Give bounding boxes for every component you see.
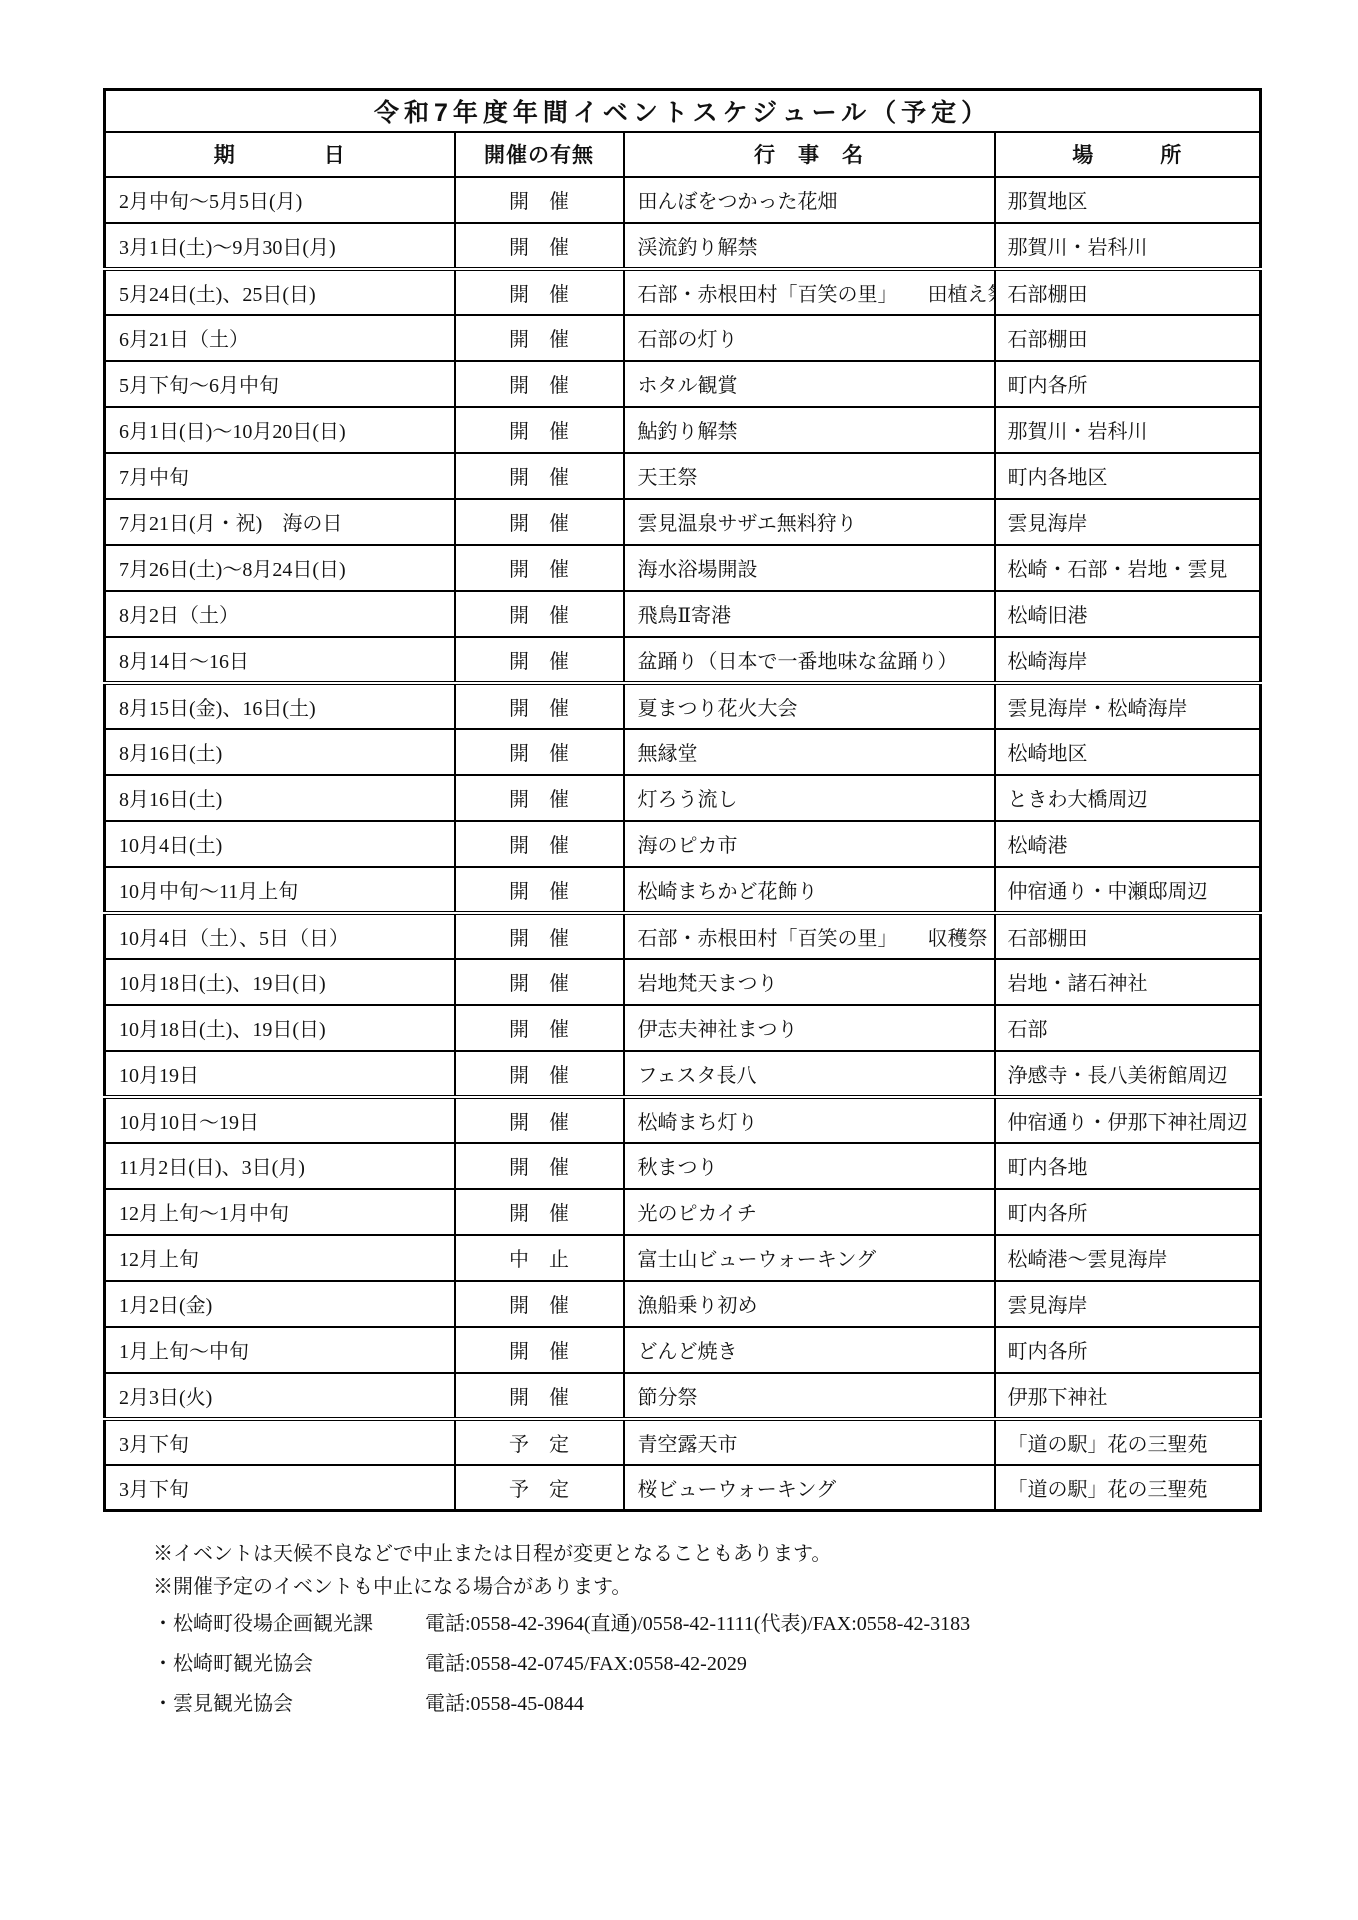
column-header-date: 期 日 [105,132,455,177]
contact-phone: 電話:0558-42-0745/FAX:0558-42-2029 [425,1644,1273,1684]
cell-place: 那賀地区 [995,177,1261,223]
cell-place: 町内各地 [995,1143,1261,1189]
cell-date: 8月2日（土） [105,591,455,637]
cell-event: 伊志夫神社まつり [624,1005,995,1051]
cell-status: 開 催 [455,729,624,775]
cell-status: 開 催 [455,453,624,499]
contact-row: ・松崎町観光協会 電話:0558-42-0745/FAX:0558-42-202… [153,1644,1273,1684]
cell-status: 開 催 [455,1281,624,1327]
cell-event: 夏まつり花火大会 [624,683,995,729]
table-row: 3月下旬予 定桜ビューウォーキング「道の駅」花の三聖苑 [105,1465,1261,1511]
cell-place: 松崎港～雲見海岸 [995,1235,1261,1281]
cell-event: 桜ビューウォーキング [624,1465,995,1511]
table-row: 12月上旬～1月中旬開 催光のピカイチ町内各所 [105,1189,1261,1235]
cell-event: 飛鳥Ⅱ寄港 [624,591,995,637]
table-row: 10月18日(土)、19日(日)開 催岩地梵天まつり岩地・諸石神社 [105,959,1261,1005]
cell-place: 雲見海岸・松崎海岸 [995,683,1261,729]
cell-status: 開 催 [455,1097,624,1143]
cell-status: 開 催 [455,177,624,223]
cell-status: 開 催 [455,1373,624,1419]
cell-status: 予 定 [455,1419,624,1465]
cell-place: 岩地・諸石神社 [995,959,1261,1005]
cell-place: 雲見海岸 [995,1281,1261,1327]
cell-event: 富士山ビューウォーキング [624,1235,995,1281]
cell-status: 開 催 [455,1143,624,1189]
cell-place: 松崎海岸 [995,637,1261,683]
table-row: 2月3日(火)開 催節分祭伊那下神社 [105,1373,1261,1419]
cell-place: 石部棚田 [995,269,1261,315]
cell-event: 盆踊り（日本で一番地味な盆踊り） [624,637,995,683]
cell-date: 3月1日(土)～9月30日(月) [105,223,455,269]
column-header-event: 行 事 名 [624,132,995,177]
table-row: 10月4日（土）、5日（日）開 催石部・赤根田村「百笑の里」 収穫祭石部棚田 [105,913,1261,959]
table-row: 8月16日(土)開 催無縁堂松崎地区 [105,729,1261,775]
cell-event: 渓流釣り解禁 [624,223,995,269]
contact-name: ・松崎町役場企画観光課 [153,1604,425,1644]
table-row: 8月15日(金)、16日(土)開 催夏まつり花火大会雲見海岸・松崎海岸 [105,683,1261,729]
cell-date: 10月中旬～11月上旬 [105,867,455,913]
table-row: 10月18日(土)、19日(日)開 催伊志夫神社まつり石部 [105,1005,1261,1051]
cell-place: 町内各所 [995,1327,1261,1373]
cell-event: 岩地梵天まつり [624,959,995,1005]
cell-place: 町内各所 [995,1189,1261,1235]
cell-status: 予 定 [455,1465,624,1511]
cell-place: 松崎港 [995,821,1261,867]
cell-status: 開 催 [455,683,624,729]
cell-date: 5月下旬～6月中旬 [105,361,455,407]
cell-date: 8月15日(金)、16日(土) [105,683,455,729]
contact-name: ・雲見観光協会 [153,1684,425,1724]
cell-place: 石部 [995,1005,1261,1051]
contact-row: ・松崎町役場企画観光課 電話:0558-42-3964(直通)/0558-42-… [153,1604,1273,1644]
cell-status: 開 催 [455,775,624,821]
document-page: 令和7年度年間イベントスケジュール（予定） 期 日 開催の有無 行 事 名 場 … [0,0,1358,1920]
cell-event: 石部・赤根田村「百笑の里」 収穫祭 [624,913,995,959]
cell-date: 3月下旬 [105,1465,455,1511]
cell-event: フェスタ長八 [624,1051,995,1097]
table-title-row: 令和7年度年間イベントスケジュール（予定） [105,90,1261,132]
cell-event: ホタル観賞 [624,361,995,407]
contact-row: ・雲見観光協会 電話:0558-45-0844 [153,1684,1273,1724]
table-row: 2月中旬～5月5日(月)開 催田んぼをつかった花畑那賀地区 [105,177,1261,223]
cell-date: 7月21日(月・祝) 海の日 [105,499,455,545]
table-row: 7月中旬開 催天王祭町内各地区 [105,453,1261,499]
cell-event: 海のピカ市 [624,821,995,867]
event-table-body: 2月中旬～5月5日(月)開 催田んぼをつかった花畑那賀地区3月1日(土)～9月3… [105,177,1261,1511]
cell-date: 6月1日(日)～10月20日(日) [105,407,455,453]
cell-place: 「道の駅」花の三聖苑 [995,1465,1261,1511]
cell-status: 開 催 [455,407,624,453]
cell-place: 雲見海岸 [995,499,1261,545]
page-title: 令和7年度年間イベントスケジュール（予定） [105,90,1261,132]
cell-event: 海水浴場開設 [624,545,995,591]
contact-phone: 電話:0558-45-0844 [425,1684,1273,1724]
table-row: 12月上旬中 止富士山ビューウォーキング松崎港～雲見海岸 [105,1235,1261,1281]
cell-event: 松崎まち灯り [624,1097,995,1143]
table-row: 8月2日（土）開 催飛鳥Ⅱ寄港松崎旧港 [105,591,1261,637]
cell-place: 浄感寺・長八美術館周辺 [995,1051,1261,1097]
cell-event: 秋まつり [624,1143,995,1189]
cell-event: 田んぼをつかった花畑 [624,177,995,223]
cell-status: 開 催 [455,959,624,1005]
cell-event: どんど焼き [624,1327,995,1373]
cell-event: 石部・赤根田村「百笑の里」 田植え祭 [624,269,995,315]
cell-date: 12月上旬～1月中旬 [105,1189,455,1235]
column-header-place: 場 所 [995,132,1261,177]
cell-date: 8月16日(土) [105,729,455,775]
table-row: 10月10日～19日開 催松崎まち灯り仲宿通り・伊那下神社周辺 [105,1097,1261,1143]
cell-status: 開 催 [455,315,624,361]
note-line: ※イベントは天候不良などで中止または日程が変更となることもあります。 [153,1538,1273,1571]
cell-event: 青空露天市 [624,1419,995,1465]
cell-status: 開 催 [455,499,624,545]
cell-date: 1月上旬～中旬 [105,1327,455,1373]
cell-place: 石部棚田 [995,913,1261,959]
contact-name: ・松崎町観光協会 [153,1644,425,1684]
cell-date: 10月19日 [105,1051,455,1097]
cell-place: 松崎地区 [995,729,1261,775]
table-row: 3月下旬予 定青空露天市「道の駅」花の三聖苑 [105,1419,1261,1465]
table-row: 8月14日～16日開 催盆踊り（日本で一番地味な盆踊り）松崎海岸 [105,637,1261,683]
cell-event: 節分祭 [624,1373,995,1419]
table-row: 8月16日(土)開 催灯ろう流しときわ大橋周辺 [105,775,1261,821]
cell-date: 10月4日（土）、5日（日） [105,913,455,959]
cell-event: 天王祭 [624,453,995,499]
cell-event: 漁船乗り初め [624,1281,995,1327]
cell-date: 10月4日(土) [105,821,455,867]
cell-place: ときわ大橋周辺 [995,775,1261,821]
table-row: 7月26日(土)～8月24日(日)開 催海水浴場開設松崎・石部・岩地・雲見 [105,545,1261,591]
cell-status: 開 催 [455,867,624,913]
cell-place: 石部棚田 [995,315,1261,361]
cell-date: 7月26日(土)～8月24日(日) [105,545,455,591]
table-row: 11月2日(日)、3日(月)開 催秋まつり町内各地 [105,1143,1261,1189]
table-row: 6月21日（土）開 催石部の灯り石部棚田 [105,315,1261,361]
cell-status: 開 催 [455,591,624,637]
cell-place: 那賀川・岩科川 [995,407,1261,453]
table-row: 3月1日(土)～9月30日(月)開 催渓流釣り解禁那賀川・岩科川 [105,223,1261,269]
table-row: 6月1日(日)～10月20日(日)開 催鮎釣り解禁那賀川・岩科川 [105,407,1261,453]
cell-date: 7月中旬 [105,453,455,499]
table-row: 1月2日(金)開 催漁船乗り初め雲見海岸 [105,1281,1261,1327]
cell-event: 松崎まちかど花飾り [624,867,995,913]
cell-place: 町内各所 [995,361,1261,407]
cell-place: 仲宿通り・中瀬邸周辺 [995,867,1261,913]
cell-place: 町内各地区 [995,453,1261,499]
cell-status: 開 催 [455,1005,624,1051]
cell-status: 開 催 [455,545,624,591]
cell-status: 開 催 [455,361,624,407]
cell-date: 6月21日（土） [105,315,455,361]
table-header-row: 期 日 開催の有無 行 事 名 場 所 [105,132,1261,177]
cell-event: 灯ろう流し [624,775,995,821]
cell-place: 「道の駅」花の三聖苑 [995,1419,1261,1465]
cell-place: 松崎・石部・岩地・雲見 [995,545,1261,591]
table-row: 10月中旬～11月上旬開 催松崎まちかど花飾り仲宿通り・中瀬邸周辺 [105,867,1261,913]
cell-place: 松崎旧港 [995,591,1261,637]
cell-event: 光のピカイチ [624,1189,995,1235]
table-row: 7月21日(月・祝) 海の日開 催雲見温泉サザエ無料狩り雲見海岸 [105,499,1261,545]
event-schedule-table: 令和7年度年間イベントスケジュール（予定） 期 日 開催の有無 行 事 名 場 … [103,88,1262,1512]
cell-event: 鮎釣り解禁 [624,407,995,453]
cell-status: 開 催 [455,913,624,959]
cell-date: 10月18日(土)、19日(日) [105,959,455,1005]
contact-phone: 電話:0558-42-3964(直通)/0558-42-1111(代表)/FAX… [425,1604,1273,1644]
cell-status: 開 催 [455,1327,624,1373]
cell-place: 那賀川・岩科川 [995,223,1261,269]
cell-date: 10月18日(土)、19日(日) [105,1005,455,1051]
cell-status: 開 催 [455,637,624,683]
table-row: 10月4日(土)開 催海のピカ市松崎港 [105,821,1261,867]
cell-status: 開 催 [455,269,624,315]
cell-date: 11月2日(日)、3日(月) [105,1143,455,1189]
cell-status: 開 催 [455,1051,624,1097]
cell-date: 3月下旬 [105,1419,455,1465]
cell-event: 無縁堂 [624,729,995,775]
cell-date: 2月3日(火) [105,1373,455,1419]
cell-date: 10月10日～19日 [105,1097,455,1143]
cell-date: 2月中旬～5月5日(月) [105,177,455,223]
cell-date: 1月2日(金) [105,1281,455,1327]
cell-date: 5月24日(土)、25日(日) [105,269,455,315]
column-header-status: 開催の有無 [455,132,624,177]
cell-place: 伊那下神社 [995,1373,1261,1419]
cell-place: 仲宿通り・伊那下神社周辺 [995,1097,1261,1143]
cell-status: 開 催 [455,1189,624,1235]
note-line: ※開催予定のイベントも中止になる場合があります。 [153,1571,1273,1604]
table-row: 1月上旬～中旬開 催どんど焼き町内各所 [105,1327,1261,1373]
cell-event: 雲見温泉サザエ無料狩り [624,499,995,545]
cell-date: 8月14日～16日 [105,637,455,683]
cell-event: 石部の灯り [624,315,995,361]
cell-date: 12月上旬 [105,1235,455,1281]
table-row: 5月下旬～6月中旬開 催ホタル観賞町内各所 [105,361,1261,407]
cell-status: 中 止 [455,1235,624,1281]
cell-status: 開 催 [455,223,624,269]
cell-status: 開 催 [455,821,624,867]
table-row: 10月19日開 催フェスタ長八浄感寺・長八美術館周辺 [105,1051,1261,1097]
footer-notes: ※イベントは天候不良などで中止または日程が変更となることもあります。 ※開催予定… [153,1538,1273,1724]
cell-date: 8月16日(土) [105,775,455,821]
table-row: 5月24日(土)、25日(日)開 催石部・赤根田村「百笑の里」 田植え祭石部棚田 [105,269,1261,315]
